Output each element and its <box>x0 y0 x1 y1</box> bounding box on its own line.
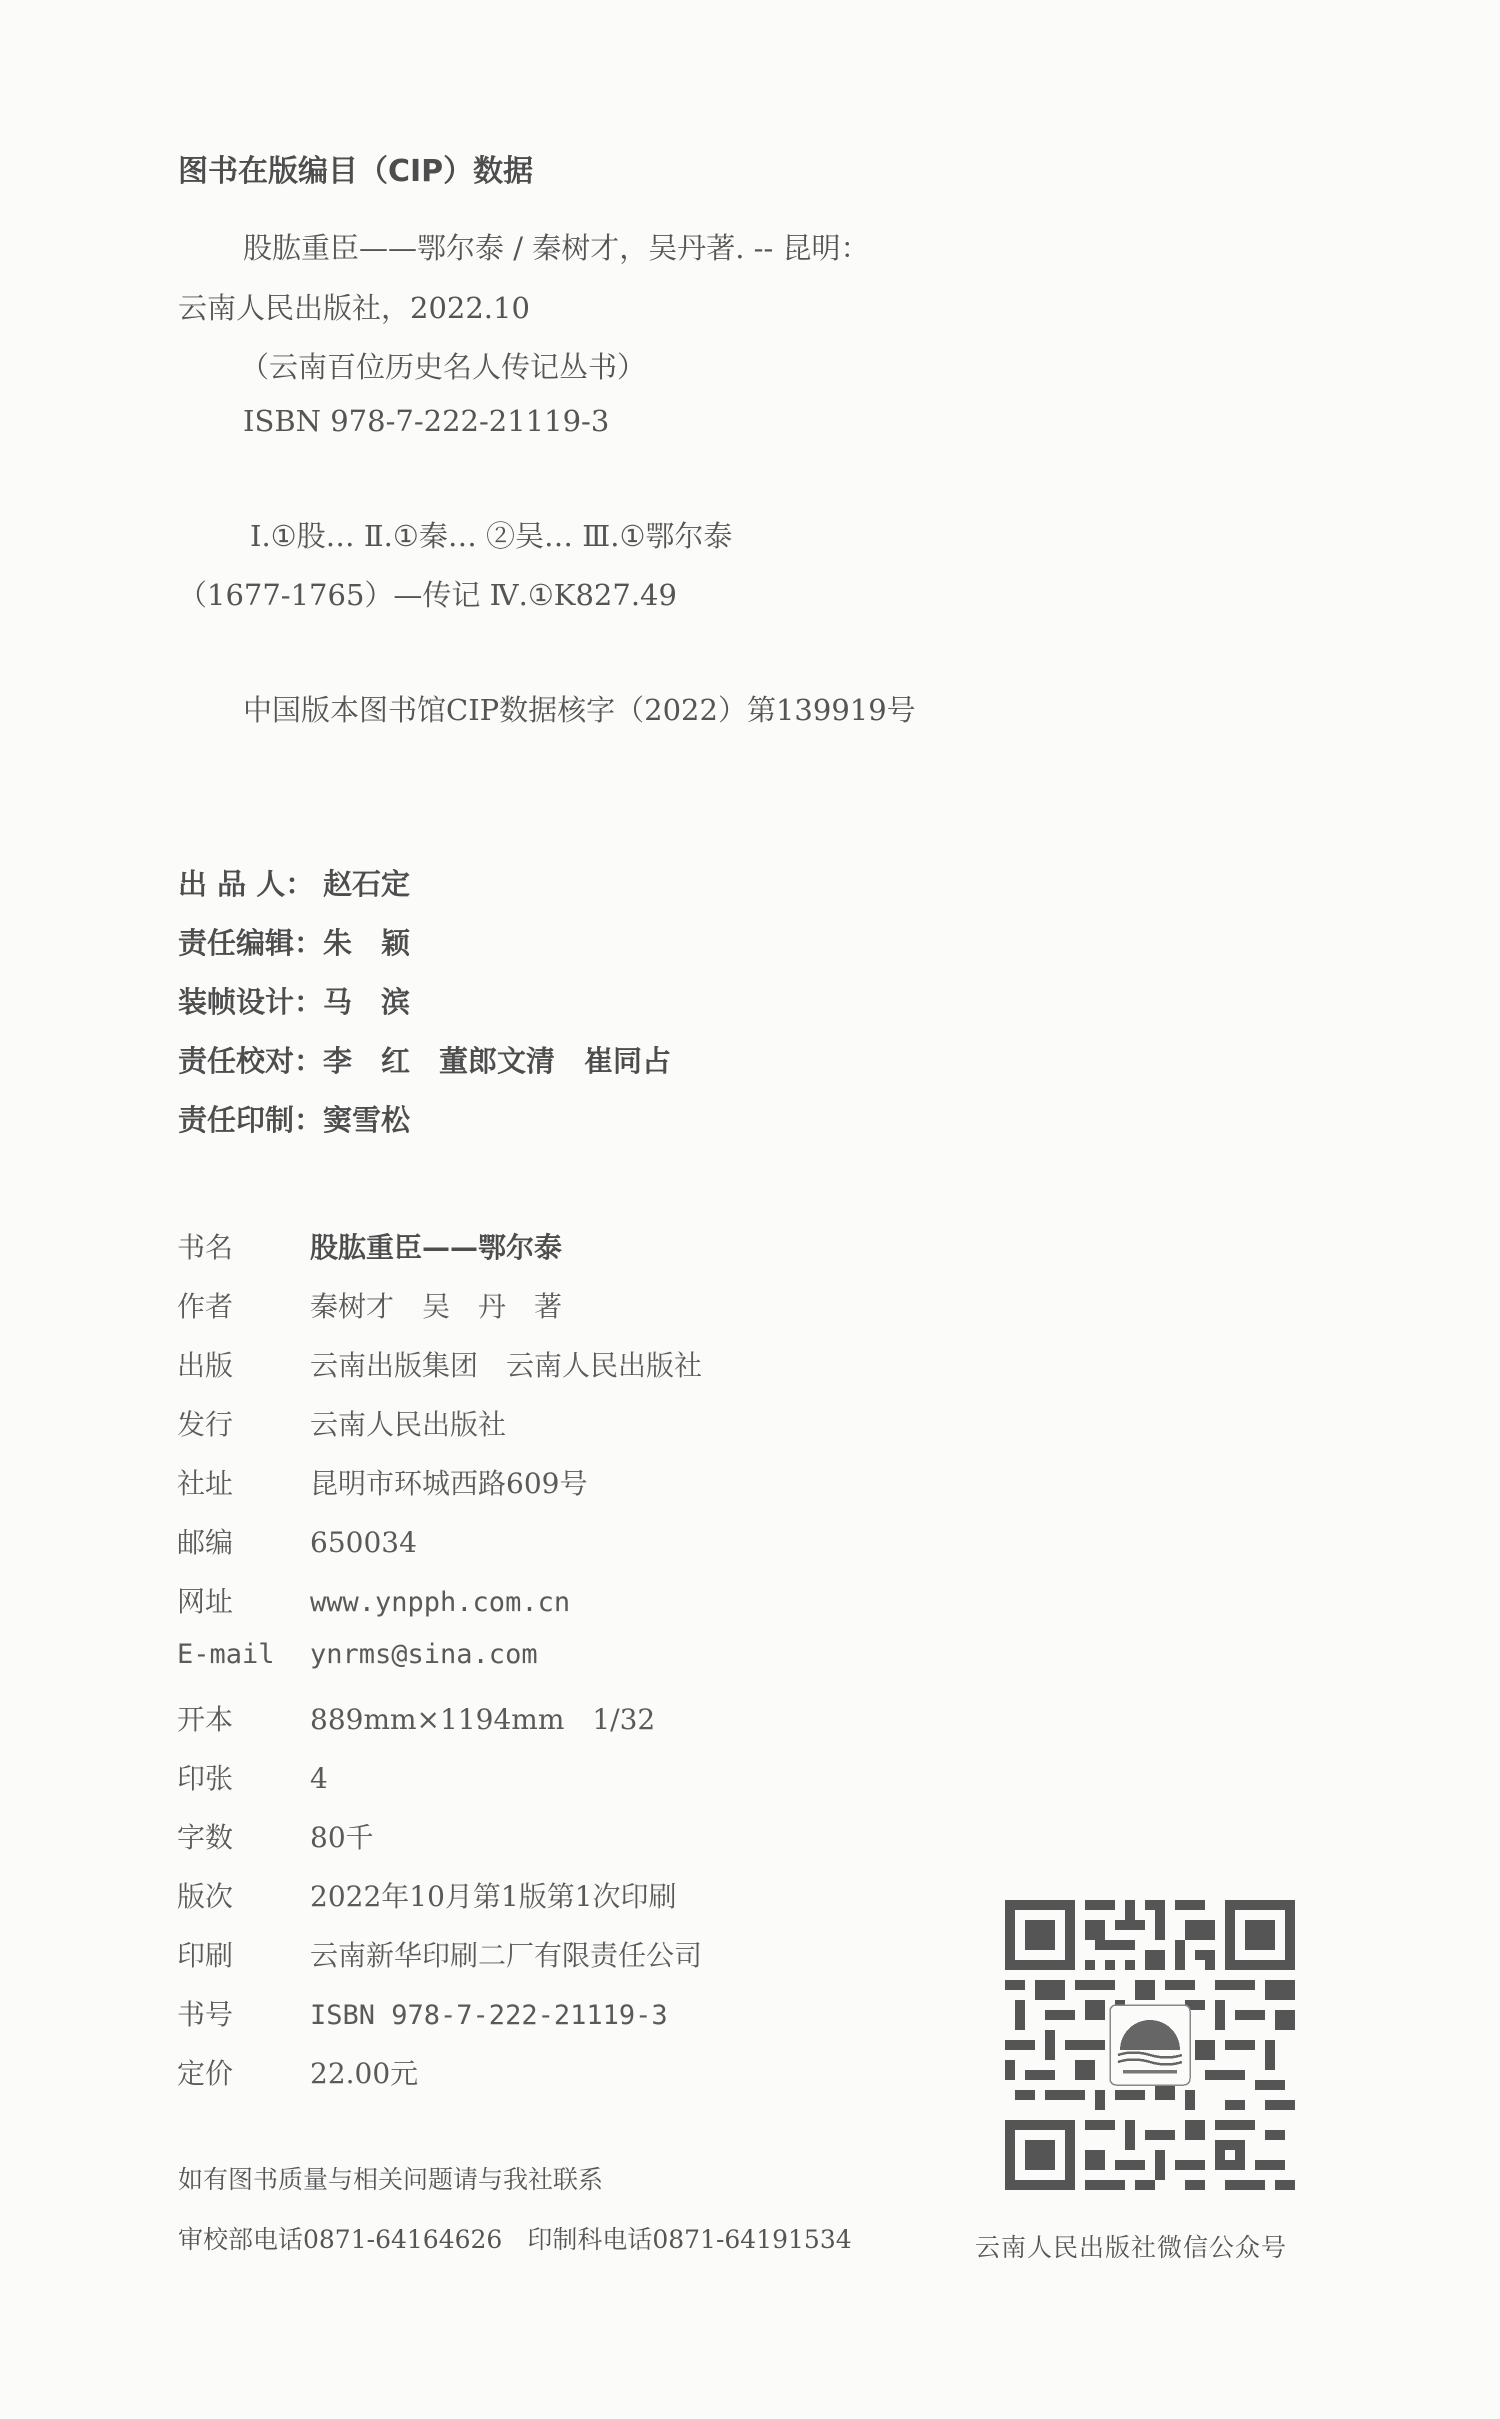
staff-row-printing-supervisor: 责任印制：窦雪松 <box>178 1098 410 1139</box>
cip-line-publisher: 云南人民出版社，2022.10 <box>178 286 530 327</box>
qr-code-icon <box>1005 1900 1295 2190</box>
info-row-website: 网址www.ynpph.com.cn <box>177 1580 570 1620</box>
staff-value: 窦雪松 <box>323 1098 410 1139</box>
info-label: 版次 <box>177 1875 310 1915</box>
email-link[interactable]: ynrms@sina.com <box>310 1639 538 1670</box>
info-value: ISBN 978-7-222-21119-3 <box>310 2000 668 2031</box>
info-label: 印张 <box>177 1757 310 1797</box>
info-label: 出版 <box>177 1344 310 1384</box>
info-value: 650034 <box>310 1526 417 1559</box>
staff-row-proofreader: 责任校对：李 红 董郎文清 崔同占 <box>178 1039 671 1080</box>
info-value: 云南出版集团 云南人民出版社 <box>310 1344 702 1384</box>
info-row-wordcount: 字数80千 <box>177 1816 374 1856</box>
cip-classification-2: （1677-1765）—传记 Ⅳ.①K827.49 <box>178 573 677 614</box>
info-value: 889mm×1194mm 1/32 <box>310 1698 655 1738</box>
info-row-isbn: 书号ISBN 978-7-222-21119-3 <box>177 1993 668 2033</box>
staff-value: 李 红 董郎文清 崔同占 <box>323 1039 671 1080</box>
staff-label: 责任编辑： <box>178 921 323 962</box>
info-value: 昆明市环城西路609号 <box>310 1462 587 1502</box>
info-label: 网址 <box>177 1580 310 1620</box>
info-label: E-mail <box>177 1639 310 1670</box>
staff-row-designer: 装帧设计：马 滨 <box>178 980 410 1021</box>
info-label: 发行 <box>177 1403 310 1443</box>
contact-phones: 审校部电话0871-64164626 印制科电话0871-64191534 <box>178 2220 852 2256</box>
cip-heading: 图书在版编目（CIP）数据 <box>178 146 533 190</box>
info-row-title: 书名股肱重臣——鄂尔泰 <box>177 1226 562 1266</box>
staff-value: 赵石定 <box>323 862 410 903</box>
website-link[interactable]: www.ynpph.com.cn <box>310 1587 570 1618</box>
staff-value: 马 滨 <box>323 980 410 1021</box>
staff-value: 朱 颖 <box>323 921 410 962</box>
cip-line-series: （云南百位历史名人传记丛书） <box>240 345 646 386</box>
cip-line-isbn: ISBN 978-7-222-21119-3 <box>243 404 609 438</box>
info-value: 80千 <box>310 1816 374 1856</box>
info-value: 云南人民出版社 <box>310 1403 506 1443</box>
info-value: 4 <box>310 1762 328 1795</box>
staff-label: 责任印制： <box>178 1098 323 1139</box>
info-row-author: 作者秦树才 吴 丹 著 <box>177 1285 562 1325</box>
staff-row-producer: 出 品 人：赵石定 <box>178 862 410 903</box>
info-row-distributor: 发行云南人民出版社 <box>177 1403 506 1443</box>
info-row-edition: 版次2022年10月第1版第1次印刷 <box>177 1875 677 1915</box>
info-label: 字数 <box>177 1816 310 1856</box>
info-row-price: 定价22.00元 <box>177 2052 418 2092</box>
info-label: 邮编 <box>177 1521 310 1561</box>
info-label: 印刷 <box>177 1934 310 1974</box>
info-value: 2022年10月第1版第1次印刷 <box>310 1875 677 1915</box>
info-row-address: 社址昆明市环城西路609号 <box>177 1462 587 1502</box>
qr-caption: 云南人民出版社微信公众号 <box>975 2228 1287 2264</box>
info-value: 股肱重臣——鄂尔泰 <box>310 1226 562 1266</box>
info-row-printer: 印刷云南新华印刷二厂有限责任公司 <box>177 1934 702 1974</box>
cip-approval-number: 中国版本图书馆CIP数据核字（2022）第139919号 <box>243 688 916 729</box>
staff-label: 装帧设计： <box>178 980 323 1021</box>
info-label: 开本 <box>177 1698 310 1738</box>
info-row-sheets: 印张4 <box>177 1757 328 1797</box>
cip-line-title: 股肱重臣——鄂尔泰 / 秦树才，吴丹著. -- 昆明： <box>243 226 869 267</box>
staff-label: 出 品 人： <box>178 862 323 903</box>
info-label: 作者 <box>177 1285 310 1325</box>
info-value: 22.00元 <box>310 2052 418 2092</box>
info-label: 社址 <box>177 1462 310 1502</box>
info-row-publisher: 出版云南出版集团 云南人民出版社 <box>177 1344 702 1384</box>
cip-classification-1: Ⅰ.①股… Ⅱ.①秦… ②吴… Ⅲ.①鄂尔泰 <box>250 514 732 555</box>
staff-label: 责任校对： <box>178 1039 323 1080</box>
info-row-format: 开本889mm×1194mm 1/32 <box>177 1698 655 1738</box>
info-label: 书名 <box>177 1226 310 1266</box>
staff-row-editor: 责任编辑：朱 颖 <box>178 921 410 962</box>
info-row-email: E-mailynrms@sina.com <box>177 1639 538 1670</box>
quality-notice: 如有图书质量与相关问题请与我社联系 <box>178 2160 603 2196</box>
info-row-postcode: 邮编650034 <box>177 1521 417 1561</box>
info-label: 书号 <box>177 1993 310 2033</box>
info-value: 秦树才 吴 丹 著 <box>310 1285 562 1325</box>
info-value: 云南新华印刷二厂有限责任公司 <box>310 1934 702 1974</box>
info-label: 定价 <box>177 2052 310 2092</box>
